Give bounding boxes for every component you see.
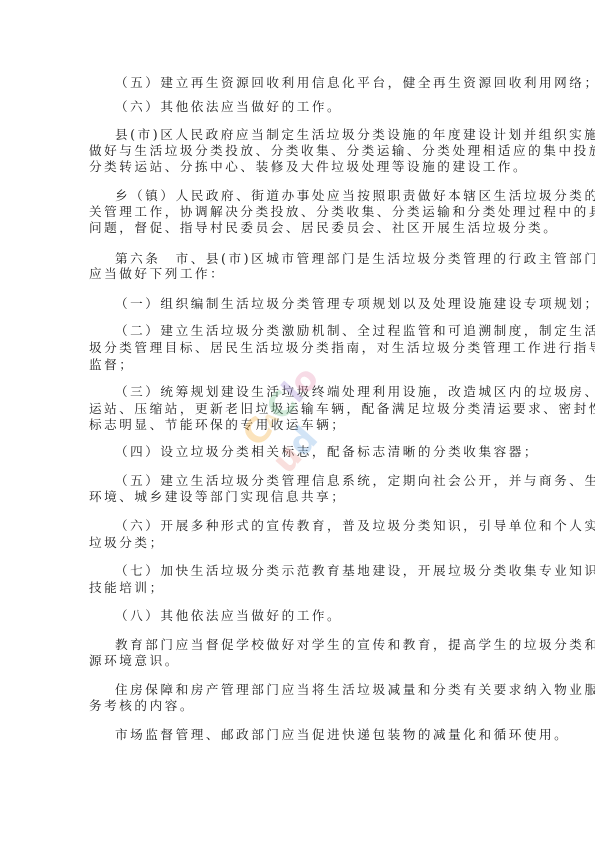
paragraph-line: 圾分类管理目标、居民生活垃圾分类指南，对生活垃圾分类管理工作进行指导和 bbox=[89, 340, 509, 356]
list-item-line: （一）组织编制生活垃圾分类管理专项规划以及处理设施建设专项规划； bbox=[115, 296, 535, 312]
list-item-line: （二）建立生活垃圾分类激励机制、全过程监管和可追溯制度，制定生活垃 bbox=[115, 323, 535, 339]
paragraph-line: 源环境意识。 bbox=[89, 653, 509, 669]
paragraph-line: 运站、压缩站，更新老旧垃圾运输车辆，配备满足垃圾分类清运要求、密封性好、 bbox=[89, 401, 509, 417]
list-item-line: （四）设立垃圾分类相关标志，配备标志清晰的分类收集容器； bbox=[115, 444, 535, 460]
list-item-line: （七）加快生活垃圾分类示范教育基地建设，开展垃圾分类收集专业知识和 bbox=[115, 563, 535, 579]
paragraph-line: 分类转运站、分拣中心、装修及大件垃圾处理等设施的建设工作。 bbox=[89, 159, 509, 175]
list-item-line: （五）建立生活垃圾分类管理信息系统，定期向社会公开，并与商务、生态 bbox=[115, 473, 535, 489]
paragraph-line: 第六条 市、县(市)区城市管理部门是生活垃圾分类管理的行政主管部门， bbox=[115, 251, 509, 267]
paragraph-line: 应当做好下列工作： bbox=[89, 266, 509, 282]
paragraph-line: 关管理工作，协调解决分类投放、分类收集、分类运输和分类处理过程中的具体 bbox=[89, 204, 509, 220]
paragraph-line: 务考核的内容。 bbox=[89, 698, 509, 714]
paragraph-line: 做好与生活垃圾分类投放、分类收集、分类运输、分类处理相适应的集中投放点、 bbox=[89, 143, 509, 159]
paragraph-line: 监督； bbox=[89, 357, 509, 373]
paragraph-line: 乡（镇）人民政府、街道办事处应当按照职责做好本辖区生活垃圾分类的有 bbox=[115, 188, 509, 204]
paragraph-line: 市场监督管理、邮政部门应当促进快递包装物的减量化和循环使用。 bbox=[115, 727, 509, 743]
paragraph-line: 标志明显、节能环保的专用收运车辆； bbox=[89, 417, 509, 433]
paragraph-line: 技能培训； bbox=[89, 580, 509, 596]
list-item-line: （五）建立再生资源回收利用信息化平台，健全再生资源回收利用网络； bbox=[115, 75, 535, 91]
paragraph-line: 环境、城乡建设等部门实现信息共享； bbox=[89, 489, 509, 505]
list-item-line: （八）其他依法应当做好的工作。 bbox=[115, 608, 535, 624]
paragraph-line: 教育部门应当督促学校做好对学生的宣传和教育，提高学生的垃圾分类和资 bbox=[115, 637, 509, 653]
paragraph-line: 住房保障和房产管理部门应当将生活垃圾减量和分类有关要求纳入物业服 bbox=[115, 682, 509, 698]
paragraph-line: 问题，督促、指导村民委员会、居民委员会、社区开展生活垃圾分类。 bbox=[89, 220, 509, 236]
list-item-line: （六）开展多种形式的宣传教育，普及垃圾分类知识，引导单位和个人实行 bbox=[115, 518, 535, 534]
list-item-line: （六）其他依法应当做好的工作。 bbox=[115, 99, 535, 115]
list-item-line: （三）统筹规划建设生活垃圾终端处理利用设施，改造城区内的垃圾房、转 bbox=[115, 384, 535, 400]
paragraph-line: 垃圾分类； bbox=[89, 535, 509, 551]
paragraph-line: 县(市)区人民政府应当制定生活垃圾分类设施的年度建设计划并组织实施， bbox=[115, 127, 509, 143]
document-page: （五）建立再生资源回收利用信息化平台，健全再生资源回收利用网络；（六）其他依法应… bbox=[0, 0, 595, 841]
